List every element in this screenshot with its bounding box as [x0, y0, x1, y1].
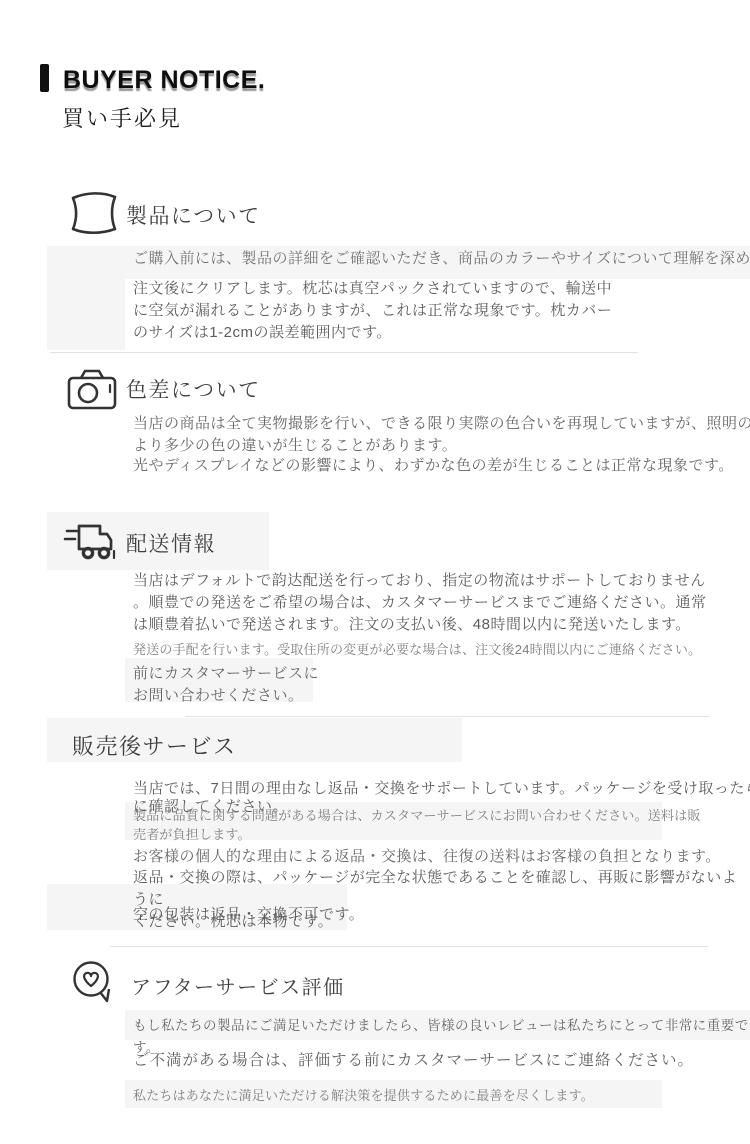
accent-bar — [40, 64, 49, 92]
product-paragraph: 注文後にクリアします。枕芯は真空パックされていますので、輸送中 に空気が漏れるこ… — [133, 278, 612, 344]
shipping-paragraph: 当店はデフォルトで韵达配送を行っており、指定の物流はサポートしておりません 。順… — [133, 570, 707, 636]
divider — [185, 716, 710, 717]
background-shade — [47, 279, 125, 350]
section-heading-shipping: 配送情報 — [126, 528, 216, 558]
color-paragraph: より多少の色の違いが生じることがあります。 — [133, 435, 457, 457]
buyer-notice-page: BUYER NOTICE. 買い手必見 製品について ご購入前には、製品の詳細を… — [0, 0, 750, 1144]
page-subtitle: 買い手必見 — [62, 102, 182, 133]
color-paragraph: 光やディスプレイなどの影響により、わずかな色の差が生じることは正常な現象です。 — [133, 455, 734, 477]
pillow-icon — [68, 190, 120, 241]
review-note: 私たちはあなたに満足いただける解決策を提供するために最善を尽くします。 — [133, 1086, 594, 1105]
section-heading-aftersale: 販売後サービス — [72, 730, 237, 761]
color-paragraph: 当店の商品は全て実物撮影を行い、できる限り実際の色合いを再現していますが、照明の… — [133, 413, 750, 435]
divider — [50, 352, 638, 353]
truck-icon — [62, 520, 120, 569]
shipping-paragraph: 前にカスタマーサービスに お問い合わせください。 — [133, 663, 319, 707]
section-heading-color: 色差について — [126, 374, 261, 404]
review-paragraph: ご不満がある場合は、評価する前にカスタマーサービスにご連絡ください。 — [133, 1050, 694, 1072]
camera-icon — [66, 366, 120, 417]
section-heading-review: アフターサービス評価 — [131, 971, 345, 1000]
section-heading-product: 製品について — [126, 200, 261, 230]
aftersale-note: 製品に品質に関する問題がある場合は、カスタマーサービスにお問い合わせください。送… — [133, 806, 701, 844]
product-paragraph: ご購入前には、製品の詳細をご確認いただき、商品のカラーやサイズについて理解を深め… — [133, 248, 750, 270]
aftersale-paragraph: お客様の個人的な理由による返品・交換は、往復の送料はお客様の負担となります。 — [133, 846, 721, 868]
divider — [110, 946, 708, 947]
page-title: BUYER NOTICE. — [63, 66, 265, 95]
aftersale-paragraph: 空の包装は返品・交換不可です。 — [133, 904, 364, 926]
heart-chat-icon — [70, 958, 120, 1011]
shipping-note: 発送の手配を行います。受取住所の変更が必要な場合は、注文後24時間以内にご連絡く… — [133, 640, 701, 659]
